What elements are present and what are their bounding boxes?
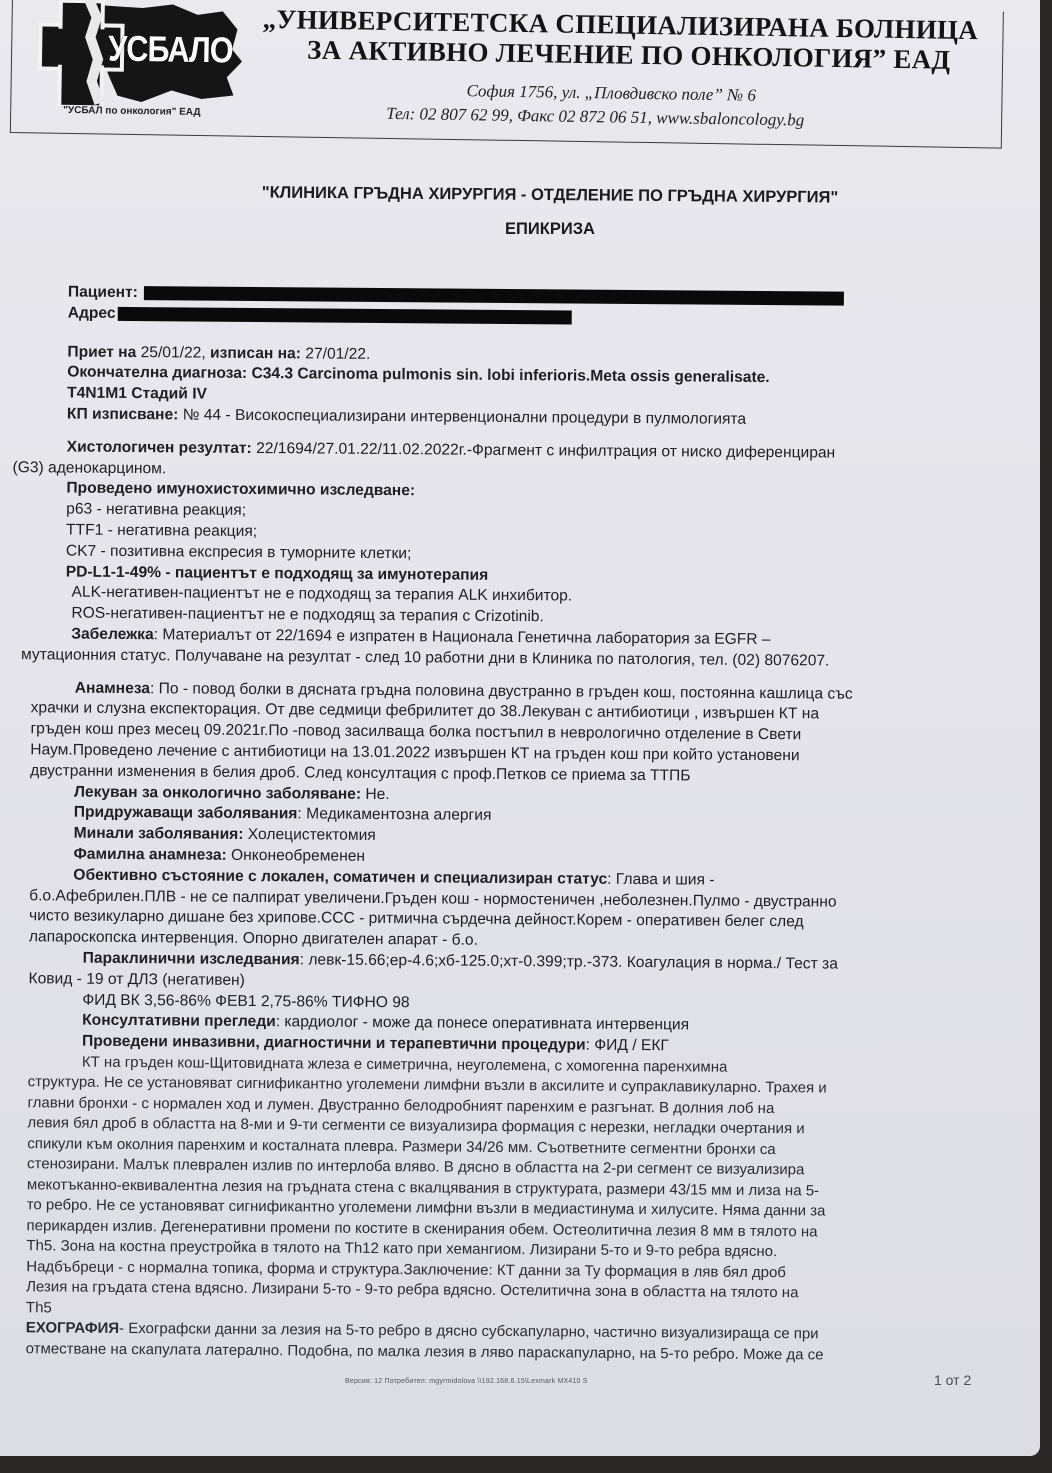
discharged-label: изписан на: xyxy=(210,344,301,362)
consults-label: Консултативни прегледи xyxy=(82,1012,276,1031)
letterhead: УСБАЛО "УСБАЛ по онкология" ЕАД „УНИВЕРС… xyxy=(10,0,1004,149)
echo-text: - Ехографски данни за лезия на 5-то ребр… xyxy=(119,1320,819,1342)
histology-label: Хистологичен резултат: xyxy=(67,438,252,456)
institution-address: София 1756, ул. „Пловдивско поле” № 6 xyxy=(466,81,756,105)
redaction-bar xyxy=(144,286,844,305)
kp-value: № 44 - Високоспециализирани интервенцион… xyxy=(183,406,746,427)
history-value: Онконеобременен xyxy=(227,847,365,865)
document-body: Пациент: Адрес Приет на 25/01/22, изписа… xyxy=(0,282,1010,1367)
hospital-logo: УСБАЛО "УСБАЛ по онкология" ЕАД xyxy=(21,0,253,130)
objective-label: Обективно състояние с локален, соматичен… xyxy=(73,866,607,887)
histology-value: 22/1694/27.01.22/11.02.2022г.-Фрагмент с… xyxy=(256,440,835,462)
logo-text: УСБАЛО xyxy=(108,28,233,72)
redaction-bar xyxy=(118,307,572,325)
print-meta: Версия: 12 Потребител: mgyrmidolova \\19… xyxy=(345,1378,588,1385)
address-label: Адрес xyxy=(68,304,116,321)
discharged-date: 27/01/22. xyxy=(305,345,370,363)
clinic-name: "КЛИНИКА ГРЪДНА ХИРУРГИЯ - ОТДЕЛЕНИЕ ПО … xyxy=(0,181,1040,210)
history-value: Не. xyxy=(361,785,390,802)
note-value: : Материалът от 22/1694 е изпратен в Нац… xyxy=(154,626,771,648)
kp-label: КП изписване: xyxy=(67,406,179,424)
labs-label: Параклинични изследвания xyxy=(83,950,300,969)
page-number: 1 от 2 xyxy=(934,1372,971,1388)
institution-name: „УНИВЕРСИТЕТСКА СПЕЦИАЛИЗИРАНА БОЛНИЦА З… xyxy=(262,4,1003,76)
history-label: Фамилна анамнеза: xyxy=(73,846,226,864)
history-label: Лекуван за онкологично заболяване: xyxy=(74,783,361,802)
consults-value: : кардиолог - може да понесе оперативнат… xyxy=(276,1013,689,1033)
admitted-label: Приет на xyxy=(67,343,136,361)
ct-report: КТ на гръден кош-Щитовидната жлеза е сим… xyxy=(0,1052,1004,1367)
echo-label: ЕХОГРАФИЯ xyxy=(26,1320,119,1338)
procedures-label: Проведени инвазивни, диагностични и тера… xyxy=(82,1033,586,1054)
diagnosis-label: Окончателна диагноза: xyxy=(67,364,247,382)
note-label: Забележка xyxy=(71,626,154,644)
anamnesis-text: : По - повод болки в дясната гръдна поло… xyxy=(150,680,853,703)
document-page: УСБАЛО "УСБАЛ по онкология" ЕАД „УНИВЕРС… xyxy=(0,0,1040,1456)
objective-text: : Глава и шия - xyxy=(607,871,714,889)
anamnesis-label: Анамнеза xyxy=(75,679,150,697)
admitted-date: 25/01/22, xyxy=(141,344,206,362)
institution-contacts: София 1756, ул. „Пловдивско поле” № 6 Те… xyxy=(466,79,805,132)
labs-value: : левк-15.66;ер-4.6;хб-125.0;хт-0.399;тр… xyxy=(300,951,838,972)
logo-caption: "УСБАЛ по онкология" ЕАД xyxy=(63,105,200,118)
history-label: Минали заболявания: xyxy=(74,825,244,843)
history-value: Холецистектомия xyxy=(243,826,375,844)
history-value: : Медикаментозна алергия xyxy=(297,806,491,825)
document-title: ЕПИКРИЗА xyxy=(0,220,1040,239)
history-label: Придружаващи заболявания xyxy=(74,804,298,823)
patient-label: Пациент: xyxy=(68,284,138,302)
institution-phone-fax-web: Тел: 02 807 62 99, Факс 02 872 06 51, ww… xyxy=(386,102,804,133)
diagnosis-value: C34.3 Carcinoma pulmonis sin. lobi infer… xyxy=(251,365,769,386)
procedures-value: : ФИД / ЕКГ xyxy=(586,1037,669,1055)
